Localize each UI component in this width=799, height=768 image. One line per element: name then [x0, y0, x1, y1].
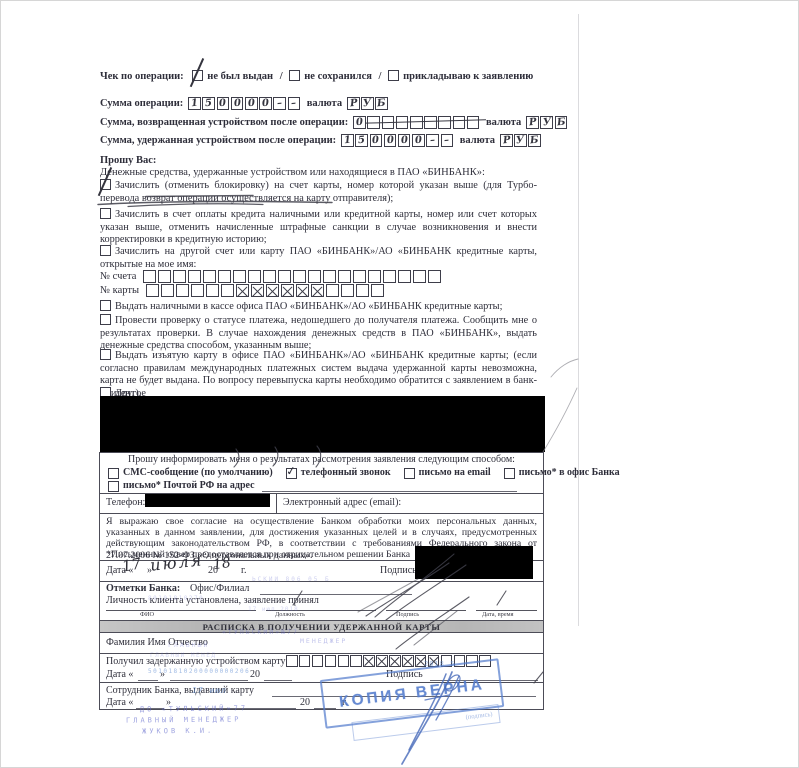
separator: /: [379, 71, 382, 82]
digit-cell: У: [361, 97, 374, 110]
account-number-label: № счета: [100, 270, 136, 283]
stamp-fragment-digits: 80101810270: [148, 595, 204, 602]
digit-cell: 1: [341, 134, 354, 147]
request-item-label: Зачислить на другой счет или карту ПАО «…: [100, 246, 537, 270]
receipt-year: 20: [250, 669, 260, 680]
checkbox-phone-call[interactable]: [286, 468, 297, 479]
digit-cell: [382, 116, 395, 129]
card-digit-box: [296, 284, 309, 297]
digit-cell: 0: [245, 97, 258, 110]
amount-row-returned: Сумма, возвращенная устройством после оп…: [100, 116, 571, 129]
digit-cell: [438, 116, 451, 129]
digit-cell: 0: [412, 134, 425, 147]
card-digit-box: [221, 284, 234, 297]
currency-cells: РУБ: [500, 134, 543, 147]
card-digit-box: [176, 284, 189, 297]
inform-option-label: СМС-сообщение (по умолчанию): [123, 467, 273, 478]
emp-year: 20: [300, 697, 310, 708]
card-digit-box: [206, 284, 219, 297]
amount-row-operation: Сумма операции: 150000–– валюта РУБ: [100, 97, 392, 110]
request-item-payment-check: Провести проверку о статусе платежа, нед…: [100, 314, 537, 353]
cheque-option-label: не был выдан: [207, 71, 273, 82]
card-digit-box: [233, 270, 246, 283]
request-item-label: Зачислить в счет оплаты кредита наличным…: [100, 209, 537, 245]
digit-cell: У: [540, 116, 553, 129]
card-digit-box: [398, 270, 411, 283]
digit-cell: 0: [217, 97, 230, 110]
identity-confirm-text: Личность клиента установлена, заявление …: [106, 595, 319, 606]
digit-cell: 0: [353, 116, 366, 129]
checkbox-cheque-attached[interactable]: [388, 70, 399, 81]
address-blank-line[interactable]: [262, 482, 517, 492]
card-number-boxes: [146, 284, 386, 297]
checkbox-cheque-not-issued[interactable]: [192, 70, 203, 81]
card-digit-box: [368, 270, 381, 283]
digit-cell: 0: [398, 134, 411, 147]
digit-cell: [410, 116, 423, 129]
request-intro: Денежные средства, удержанные устройство…: [100, 166, 485, 179]
card-digit-box: [312, 655, 324, 667]
checkbox-cash-at-office[interactable]: [100, 300, 111, 311]
employee-label: Сотрудник Банка, выдавший карту: [106, 685, 254, 696]
cheque-option-label: не сохранился: [304, 71, 372, 82]
request-item-credit-loan: Зачислить в счет оплаты кредита наличным…: [100, 208, 537, 247]
currency-label: валюта: [486, 116, 521, 129]
card-digit-box: [383, 270, 396, 283]
scan-artifact-line: [578, 14, 579, 626]
currency-cells: РУБ: [347, 97, 390, 110]
cheque-option-label: прикладываю к заявлению: [403, 71, 533, 82]
stamp-fragment-manager: МЕНЕДЖЕР: [300, 637, 347, 645]
stamp-line-title: ГЛАВНЫЙ МЕНЕДЖЕР: [126, 714, 248, 726]
card-digit-box: [323, 270, 336, 283]
checkbox-payment-check[interactable]: [100, 314, 111, 325]
inform-option-label: письмо на email: [419, 467, 491, 478]
stamp-fragment-year: 2018 5: [424, 660, 455, 668]
digit-cell: Р: [526, 116, 539, 129]
card-digit-box: [371, 284, 384, 297]
checkbox-return-card[interactable]: [100, 349, 111, 360]
card-digit-box: [299, 655, 311, 667]
stamp-fragment-got: ГЛАВНЫЙ МЕНЕД: [150, 652, 216, 659]
card-digit-box: [326, 284, 339, 297]
checkbox-credit-to-loan[interactable]: [100, 208, 111, 219]
checkbox-office-letter[interactable]: [504, 468, 515, 479]
inform-options: СМС-сообщение (по умолчанию) телефонный …: [108, 467, 620, 478]
digit-cell: Р: [500, 134, 513, 147]
checkbox-email-letter[interactable]: [404, 468, 415, 479]
digit-cell: –: [441, 134, 454, 147]
receipt-header-band: РАСПИСКА В ПОЛУЧЕНИИ УДЕРЖАННОЙ КАРТЫ: [100, 620, 543, 632]
amount-cells: 150000––: [341, 134, 455, 147]
inform-option-label: письмо* в офис Банка: [519, 467, 620, 478]
card-digit-box: [203, 270, 216, 283]
digit-cell: У: [514, 134, 527, 147]
card-digit-box: [293, 270, 306, 283]
handwritten-day: 17: [121, 554, 143, 575]
digit-cell: [453, 116, 466, 129]
request-item-label: Провести проверку о статусе платежа, нед…: [100, 315, 537, 351]
digit-cell: [367, 116, 380, 129]
card-digit-box: [281, 284, 294, 297]
digit-cell: Р: [347, 97, 360, 110]
card-digit-box: [341, 284, 354, 297]
digit-cell: Б: [375, 97, 388, 110]
date-year-suffix: г.: [241, 565, 246, 576]
card-digit-box: [356, 284, 369, 297]
card-digit-box: [251, 284, 264, 297]
stamp-fragment-jul: 17 июл: [192, 686, 227, 695]
digit-cell: Б: [528, 134, 541, 147]
checkbox-credit-other-account[interactable]: [100, 245, 111, 256]
request-item-credit-card: Зачислить (отменить блокировку) на счет …: [100, 179, 537, 205]
card-digit-box: [263, 270, 276, 283]
card-digit-box: [218, 270, 231, 283]
office-blank-line[interactable]: [260, 585, 412, 595]
card-digit-box: [363, 655, 375, 667]
office-branch-label: Офис/Филиал: [190, 583, 249, 594]
card-number-label: № карты: [100, 284, 139, 297]
col-label-signature: Подпись: [396, 611, 419, 618]
digit-cell: 0: [259, 97, 272, 110]
card-digit-box: [188, 270, 201, 283]
amount-label: Сумма, возвращенная устройством после оп…: [100, 116, 348, 129]
digit-cell: 1: [188, 97, 201, 110]
card-digit-box: [338, 270, 351, 283]
amount-cells: 150000––: [188, 97, 302, 110]
account-number-boxes: [143, 270, 443, 283]
separator: /: [280, 71, 283, 82]
currency-cells: РУБ: [526, 116, 569, 129]
card-digit-box: [278, 270, 291, 283]
amount-label: Сумма операции:: [100, 97, 183, 110]
redaction-phone: [145, 494, 270, 507]
checkbox-cheque-not-kept[interactable]: [289, 70, 300, 81]
card-digit-box: [266, 284, 279, 297]
digit-cell: [424, 116, 437, 129]
receipt-date-label: Дата «: [106, 669, 133, 680]
signature-label: Подпись: [380, 565, 417, 576]
checkbox-credit-to-card[interactable]: [100, 179, 111, 190]
card-digit-box: [191, 284, 204, 297]
email-label: Электронный адрес (email):: [283, 497, 401, 508]
card-digit-box: [286, 655, 298, 667]
card-digit-box: [325, 655, 337, 667]
card-digit-box: [161, 284, 174, 297]
card-digit-box: [308, 270, 321, 283]
stamp-fragment-glavny: ГЛАВНЫЙ: [168, 641, 209, 649]
phone-label: Телефон:: [106, 497, 145, 508]
request-item-label: Выдать наличными в кассе офиса ПАО «БИНБ…: [115, 301, 502, 312]
cheque-row: Чек по операции: не был выдан / не сохра…: [100, 70, 533, 83]
stamp-line-name: ЖУКОВ К.И.: [126, 725, 248, 737]
bank-marks-label: Отметки Банка:: [106, 583, 180, 594]
currency-label: валюта: [460, 134, 495, 147]
request-item-label: Зачислить (отменить блокировку) на счет …: [100, 180, 537, 204]
digit-cell: –: [426, 134, 439, 147]
inform-title: Прошу информировать меня о результатах р…: [100, 454, 543, 465]
card-digit-box: [143, 270, 156, 283]
redaction-signature: [415, 546, 533, 579]
digit-cell: 0: [370, 134, 383, 147]
handwritten-year: 18: [212, 555, 232, 573]
digit-cell: Б: [555, 116, 568, 129]
stamp-fragment-date: 17 июл 2018: [248, 606, 299, 613]
card-digit-box: [236, 284, 249, 297]
stamp-fragment-tulsky: «ТУЛЬСКИЙ»№77: [222, 628, 299, 636]
checkbox-post-letter[interactable]: [108, 481, 119, 492]
card-digit-box: [402, 655, 414, 667]
sign-line-fio[interactable]: [106, 610, 256, 611]
card-digit-box: [146, 284, 159, 297]
card-digit-box: [413, 270, 426, 283]
card-digit-box: [353, 270, 366, 283]
col-label-datetime: Дата, время: [482, 611, 514, 618]
cell-divider: [276, 494, 277, 513]
amount-cells: 0: [353, 116, 481, 129]
card-digit-box: [376, 655, 388, 667]
account-number-row: № счета: [100, 270, 443, 283]
card-digit-box: [311, 284, 324, 297]
amount-row-held: Сумма, удержанная устройством после опер…: [100, 134, 545, 147]
inform-section: Прошу информировать меня о результатах р…: [100, 453, 543, 493]
amount-label: Сумма, удержанная устройством после опер…: [100, 134, 336, 147]
branch-manager-stamp: ДО «ТУЛЬСКИЙ»77 ГЛАВНЫЙ МЕНЕДЖЕР ЖУКОВ К…: [126, 703, 249, 737]
card-digit-box: [428, 270, 441, 283]
digit-cell: [467, 116, 480, 129]
inform-option-label: письмо* Почтой РФ на адрес: [123, 480, 255, 491]
card-digit-box: [338, 655, 350, 667]
card-digit-box: [158, 270, 171, 283]
card-digit-box: [173, 270, 186, 283]
inform-option-label: телефонный звонок: [301, 467, 391, 478]
digit-cell: 5: [202, 97, 215, 110]
digit-cell: 5: [355, 134, 368, 147]
card-number-row: № карты: [100, 284, 386, 297]
blank[interactable]: [264, 671, 292, 681]
checkbox-sms[interactable]: [108, 468, 119, 479]
digit-cell: 0: [231, 97, 244, 110]
request-item-cash: Выдать наличными в кассе офиса ПАО «БИНБ…: [100, 300, 537, 314]
stamp-fragment-bluedigits: 50101810200000000206: [148, 668, 250, 675]
cheque-label: Чек по операции:: [100, 71, 184, 82]
currency-label: валюта: [307, 97, 342, 110]
redaction-other-text: [100, 396, 545, 452]
stamp-fragment-office: ЬСКИЙ 806 05 Б: [252, 576, 331, 583]
digit-cell: [396, 116, 409, 129]
card-digit-box: [389, 655, 401, 667]
col-label-fio: ФИО: [140, 611, 154, 618]
card-digit-box: [248, 270, 261, 283]
request-item-other-account: Зачислить на другой счет или карту ПАО «…: [100, 245, 537, 271]
digit-cell: 0: [384, 134, 397, 147]
card-digit-box: [350, 655, 362, 667]
scanned-claim-form-page: Чек по операции: не был выдан / не сохра…: [0, 0, 799, 768]
digit-cell: –: [273, 97, 286, 110]
digit-cell: –: [288, 97, 301, 110]
